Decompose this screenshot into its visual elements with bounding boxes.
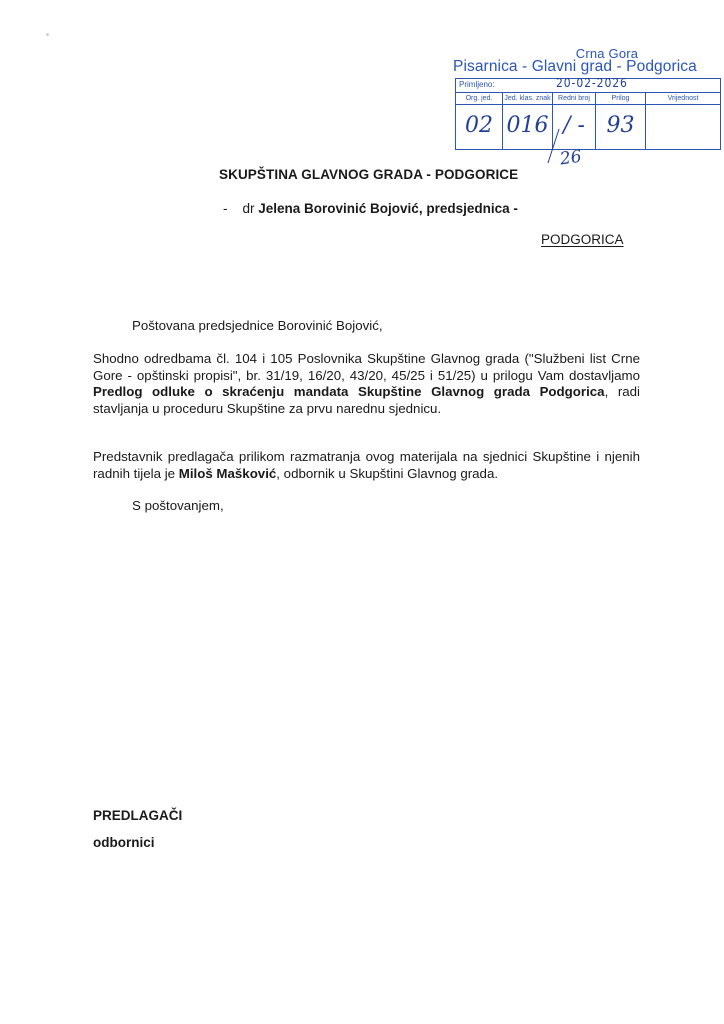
representative-name: Miloš Mašković bbox=[179, 466, 277, 481]
closing: S poštovanjem, bbox=[132, 498, 224, 515]
proposal-title: Predlog odluke o skraćenju mandata Skupš… bbox=[93, 384, 605, 399]
stamp-received-row: Primljeno: 20-02-2026 bbox=[456, 79, 720, 93]
proposers-label: PREDLAGAČI bbox=[93, 808, 182, 823]
stamp-col-value bbox=[646, 105, 720, 149]
stamp-col-value: 02 bbox=[456, 105, 502, 149]
stamp-received-label: Primljeno: bbox=[459, 80, 495, 89]
addressee-line: - dr Jelena Borovinić Bojović, predsjedn… bbox=[223, 201, 518, 216]
stamp-table: Primljeno: 20-02-2026 Org. jed. 02 Jed. … bbox=[455, 78, 721, 150]
stamp-col-prilog: Prilog 93 bbox=[596, 93, 646, 149]
stamp-col-value: 93 bbox=[596, 105, 645, 149]
paragraph-text: Shodno odredbama čl. 104 i 105 Poslovnik… bbox=[93, 351, 640, 383]
stamp-columns: Org. jed. 02 Jed. klas. znak 016 Redni b… bbox=[456, 93, 720, 149]
proposers-role: odbornici bbox=[93, 835, 155, 850]
stamp-col-header: Redni broj bbox=[553, 93, 595, 105]
stamp-col-header: Org. jed. bbox=[456, 93, 502, 105]
scan-speck bbox=[46, 33, 49, 36]
city-line: PODGORICA bbox=[541, 232, 624, 247]
paragraph-text: , odbornik u Skupštini Glavnog grada. bbox=[276, 466, 498, 481]
stamp-col-vrijednost: Vrijednost bbox=[646, 93, 720, 149]
addressee-name: Jelena Borovinić Bojović, predsjednica - bbox=[258, 201, 518, 216]
recipient-heading: SKUPŠTINA GLAVNOG GRADA - PODGORICE bbox=[219, 167, 518, 182]
stamp-col-header: Jed. klas. znak bbox=[503, 93, 552, 105]
stamp-received-date: 20-02-2026 bbox=[556, 76, 628, 90]
body-paragraph-1: Shodno odredbama čl. 104 i 105 Poslovnik… bbox=[93, 351, 640, 417]
stamp-redni-year: 26 bbox=[559, 147, 583, 170]
body-paragraph-2: Predstavnik predlagača prilikom razmatra… bbox=[93, 449, 640, 482]
stamp-col-header: Vrijednost bbox=[646, 93, 720, 105]
stamp-office: Pisarnica - Glavni grad - Podgorica bbox=[453, 58, 697, 76]
stamp-col-redni-broj: Redni broj / - bbox=[553, 93, 596, 149]
stamp-col-header: Prilog bbox=[596, 93, 645, 105]
stamp-col-value: / - bbox=[553, 105, 595, 149]
addressee-prefix: - dr bbox=[223, 201, 258, 216]
stamp-col-org-jed: Org. jed. 02 bbox=[456, 93, 503, 149]
salutation: Poštovana predsjednice Borovinić Bojović… bbox=[132, 318, 383, 335]
stamp-col-value: 016 bbox=[503, 105, 552, 149]
stamp-col-klas-znak: Jed. klas. znak 016 bbox=[503, 93, 553, 149]
registry-stamp: Crna Gora Pisarnica - Glavni grad - Podg… bbox=[453, 46, 721, 150]
